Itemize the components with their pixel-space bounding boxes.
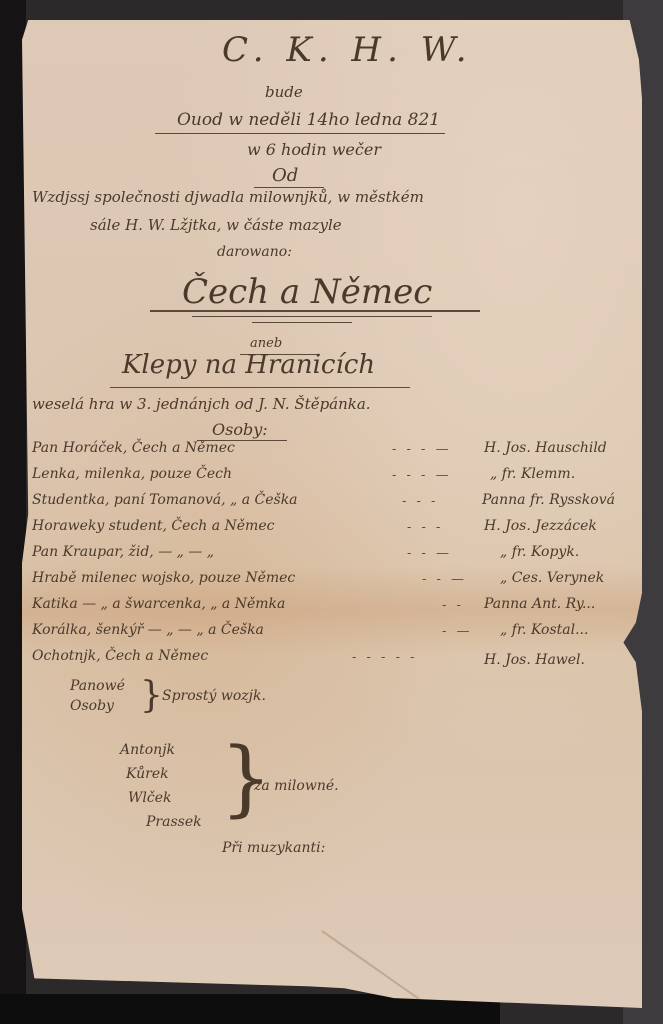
brace: } xyxy=(140,675,163,716)
cast-role: Korálka, šenkýř — „ — „ a Češka xyxy=(32,622,264,638)
title-underline-3 xyxy=(252,322,352,323)
extras-note: Sprostý wozjk. xyxy=(162,688,266,704)
extras-note: za milowné. xyxy=(254,778,339,794)
cast-role: Katika — „ a šwarcenka, „ a Němka xyxy=(32,596,285,612)
extras-name: Antonjk xyxy=(120,742,175,758)
extras-name: Prassek xyxy=(146,814,202,830)
cast-actor: H. Jos. Jezzácek xyxy=(484,518,597,534)
leader-dashes: - — xyxy=(442,624,473,639)
play-title: Čech a Němec xyxy=(182,272,432,312)
extras-note: Při muzykanti: xyxy=(222,840,325,856)
paper-sheet: C. K. H. W. bude Ouod w neděli 14ho ledn… xyxy=(22,20,642,1008)
cast-role: Hrabě milenec wojsko, pouze Němec xyxy=(32,570,295,586)
header-bude: bude xyxy=(265,83,303,101)
company-line-1: Wzdjssj společnosti djwadla milownjků, w… xyxy=(32,188,424,206)
leader-dashes: - - - — xyxy=(392,468,452,483)
cast-actor: „ fr. Kostal... xyxy=(500,622,588,638)
extras-name: Osoby xyxy=(70,698,114,714)
cast-role: Pan Horáček, Čech a Němec xyxy=(32,440,235,456)
cast-role: Ochotnjk, Čech a Němec xyxy=(32,648,208,664)
date-line: Ouod w neděli 14ho ledna 821 xyxy=(177,110,440,130)
cast-actor: „ fr. Kopyk. xyxy=(500,544,579,560)
time-line: w 6 hodin wečer xyxy=(247,140,381,159)
company-line-2: sále H. W. Lžjtka, w částe mazyle xyxy=(90,216,342,234)
extras-name: Panowé xyxy=(70,678,125,694)
cast-role: Studentka, paní Tomanová, „ a Češka xyxy=(32,492,298,508)
date-underline xyxy=(155,133,445,134)
leader-dashes: - - xyxy=(442,598,464,613)
leader-dashes: - - - xyxy=(402,494,438,509)
leader-dashes: - - - — xyxy=(392,442,452,457)
cast-role: Pan Kraupar, žid, — „ — „ xyxy=(32,544,214,560)
cast-actor: Panna fr. Ryssková xyxy=(482,492,615,508)
cast-actor: „ fr. Klemm. xyxy=(490,466,575,482)
cast-actor: H. Jos. Hauschild xyxy=(484,440,607,456)
cast-heading: Osoby: xyxy=(212,420,268,439)
header-initials: C. K. H. W. xyxy=(222,30,473,70)
subtitle-underline xyxy=(110,387,410,388)
leader-dashes: - - — xyxy=(422,572,467,587)
extras-name: Kůrek xyxy=(126,766,169,782)
cast-role: Horaweky student, Čech a Němec xyxy=(32,518,274,534)
od-label: Od xyxy=(272,165,298,186)
leader-dashes: - - — xyxy=(407,546,452,561)
leader-dashes: - - - - - xyxy=(352,650,418,665)
title-underline-2 xyxy=(192,316,432,317)
company-line-3: darowano: xyxy=(217,244,292,260)
play-description: weselá hra w 3. jednánjch od J. N. Štěpá… xyxy=(32,395,371,413)
cast-role: Lenka, milenka, pouze Čech xyxy=(32,466,232,482)
aneb-label: aneb xyxy=(250,336,282,351)
title-underline-1 xyxy=(150,310,480,312)
cast-actor: H. Jos. Hawel. xyxy=(484,652,585,668)
play-subtitle: Klepy na Hranicích xyxy=(122,350,375,380)
leader-dashes: - - - xyxy=(407,520,443,535)
cast-actor: „ Ces. Verynek xyxy=(500,570,604,586)
cast-actor: Panna Ant. Ry... xyxy=(484,596,595,612)
extras-name: Wlček xyxy=(128,790,171,806)
